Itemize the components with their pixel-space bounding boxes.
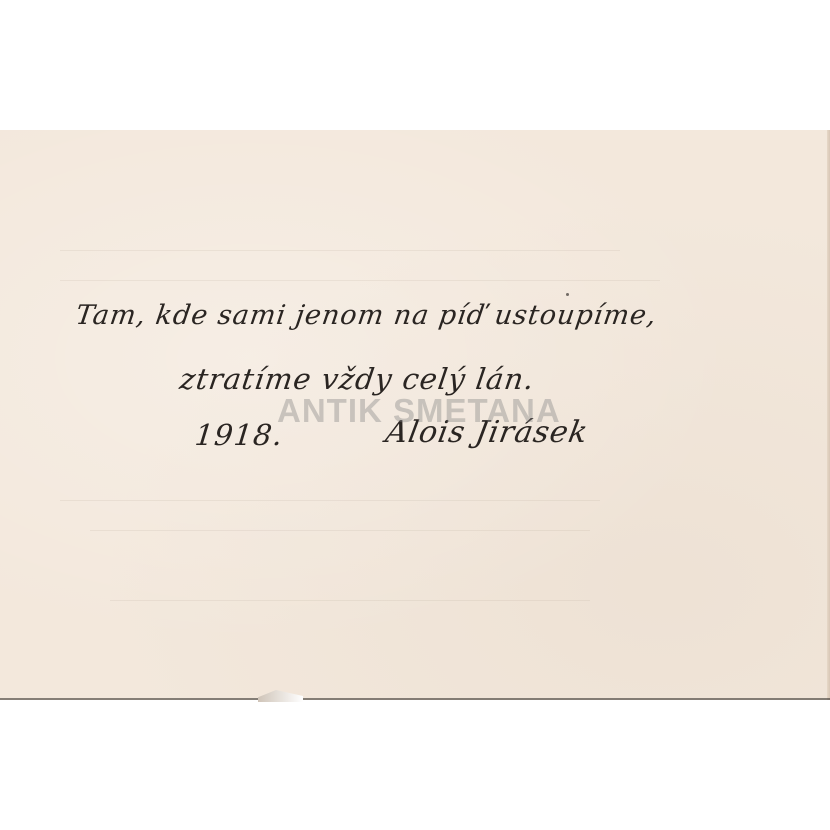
paper-edge-bottom: [0, 698, 830, 700]
inscription-line-1: Tam, kde sami jenom na píď ustoupíme,: [74, 300, 659, 331]
inscription-year: 1918.: [193, 418, 285, 452]
bleed-through-line: [90, 530, 590, 531]
bleed-through-line: [60, 500, 600, 501]
bleed-through-line: [60, 280, 660, 281]
bleed-through-line: [110, 600, 590, 601]
watermark: ANTIK SMETANA: [277, 392, 561, 430]
bleed-through-line: [60, 250, 620, 251]
ink-speck: [566, 293, 569, 296]
inscription-line-2: ztratíme vždy celý lán.: [178, 362, 537, 396]
